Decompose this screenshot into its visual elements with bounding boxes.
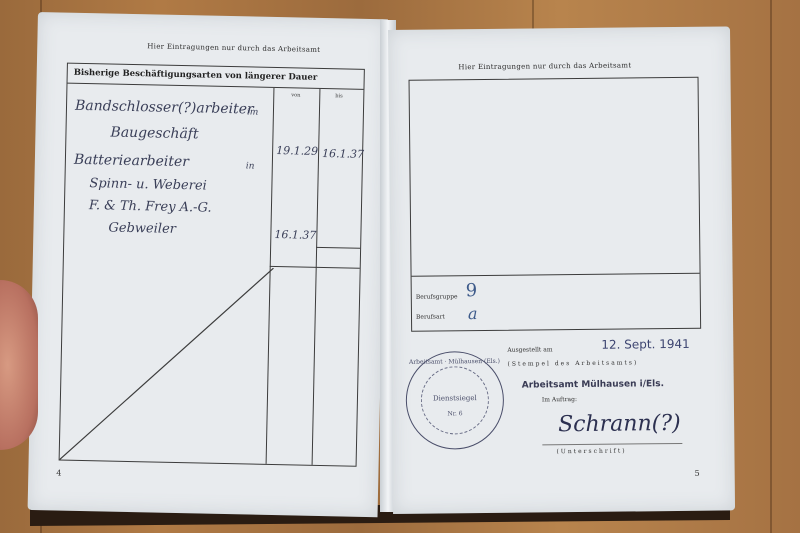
photo-frame-box: Berufsgruppe 9 Berufsart a	[409, 77, 702, 332]
handwritten-suffix: im	[247, 107, 259, 117]
handwritten-occupation: Batteriearbeiter	[74, 152, 189, 170]
signature-line	[542, 443, 682, 445]
left-page: Hier Eintragungen nur durch das Arbeitsa…	[28, 12, 388, 517]
row-divider	[316, 247, 360, 249]
entry-restriction-note: Hier Eintragungen nur durch das Arbeitsa…	[458, 61, 631, 71]
handwritten-location: Gebweiler	[108, 221, 176, 237]
table-header: Bisherige Beschäftigungsarten von länger…	[68, 64, 364, 90]
berufsgruppe-value: 9	[466, 280, 478, 301]
date-from: 19.1.29	[276, 144, 318, 158]
column-header-from: von	[291, 92, 300, 98]
employment-history-table: Bisherige Beschäftigungsarten von länger…	[59, 63, 365, 467]
berufsart-value: a	[468, 304, 478, 323]
handwritten-employer: Spinn- u. Weberei	[89, 176, 207, 193]
frame-divider	[412, 273, 700, 277]
berufsart-label: Berufsart	[416, 313, 445, 320]
office-seal-stamp: Arbeitsamt · Mülhausen (Els.) Dienstsieg…	[405, 351, 504, 450]
signature-caption: (Unterschrift)	[556, 448, 626, 456]
handwritten-occupation: Bandschlosser(?)arbeiter	[75, 98, 254, 118]
seal-number: Nr. 6	[407, 410, 503, 418]
seal-center-text: Dienstsiegel	[407, 394, 503, 403]
page-number-left: 4	[56, 468, 61, 477]
right-page: Hier Eintragungen nur durch das Arbeitsa…	[388, 26, 735, 514]
handwritten-suffix: in	[246, 161, 255, 171]
holding-finger	[0, 280, 38, 450]
issue-date-stamp: 12. Sept. 1941	[601, 337, 690, 352]
entry-restriction-note: Hier Eintragungen nur durch das Arbeitsa…	[147, 42, 320, 54]
column-header-to: bis	[335, 93, 342, 99]
date-to: 16.1.37	[322, 147, 364, 161]
berufsgruppe-label: Berufsgruppe	[416, 293, 458, 300]
seal-outer-text: Arbeitsamt · Mülhausen (Els.)	[406, 358, 502, 366]
handwritten-employer: Baugeschäft	[110, 125, 198, 143]
official-signature: Schrann(?)	[558, 411, 681, 437]
date-from: 16.1.37	[274, 228, 316, 242]
stamp-caption: (Stempel des Arbeitsamts)	[507, 359, 638, 367]
issued-on-label: Ausgestellt am	[507, 346, 552, 353]
handwritten-employer: F. & Th. Frey A.-G.	[89, 198, 212, 216]
issuing-office: Arbeitsamt Mülhausen i/Els.	[522, 379, 664, 390]
on-behalf-label: Im Auftrag:	[542, 396, 577, 403]
page-number-right: 5	[695, 469, 700, 478]
floorboard-seam	[770, 0, 772, 533]
cancellation-diagonal-line	[60, 264, 274, 464]
